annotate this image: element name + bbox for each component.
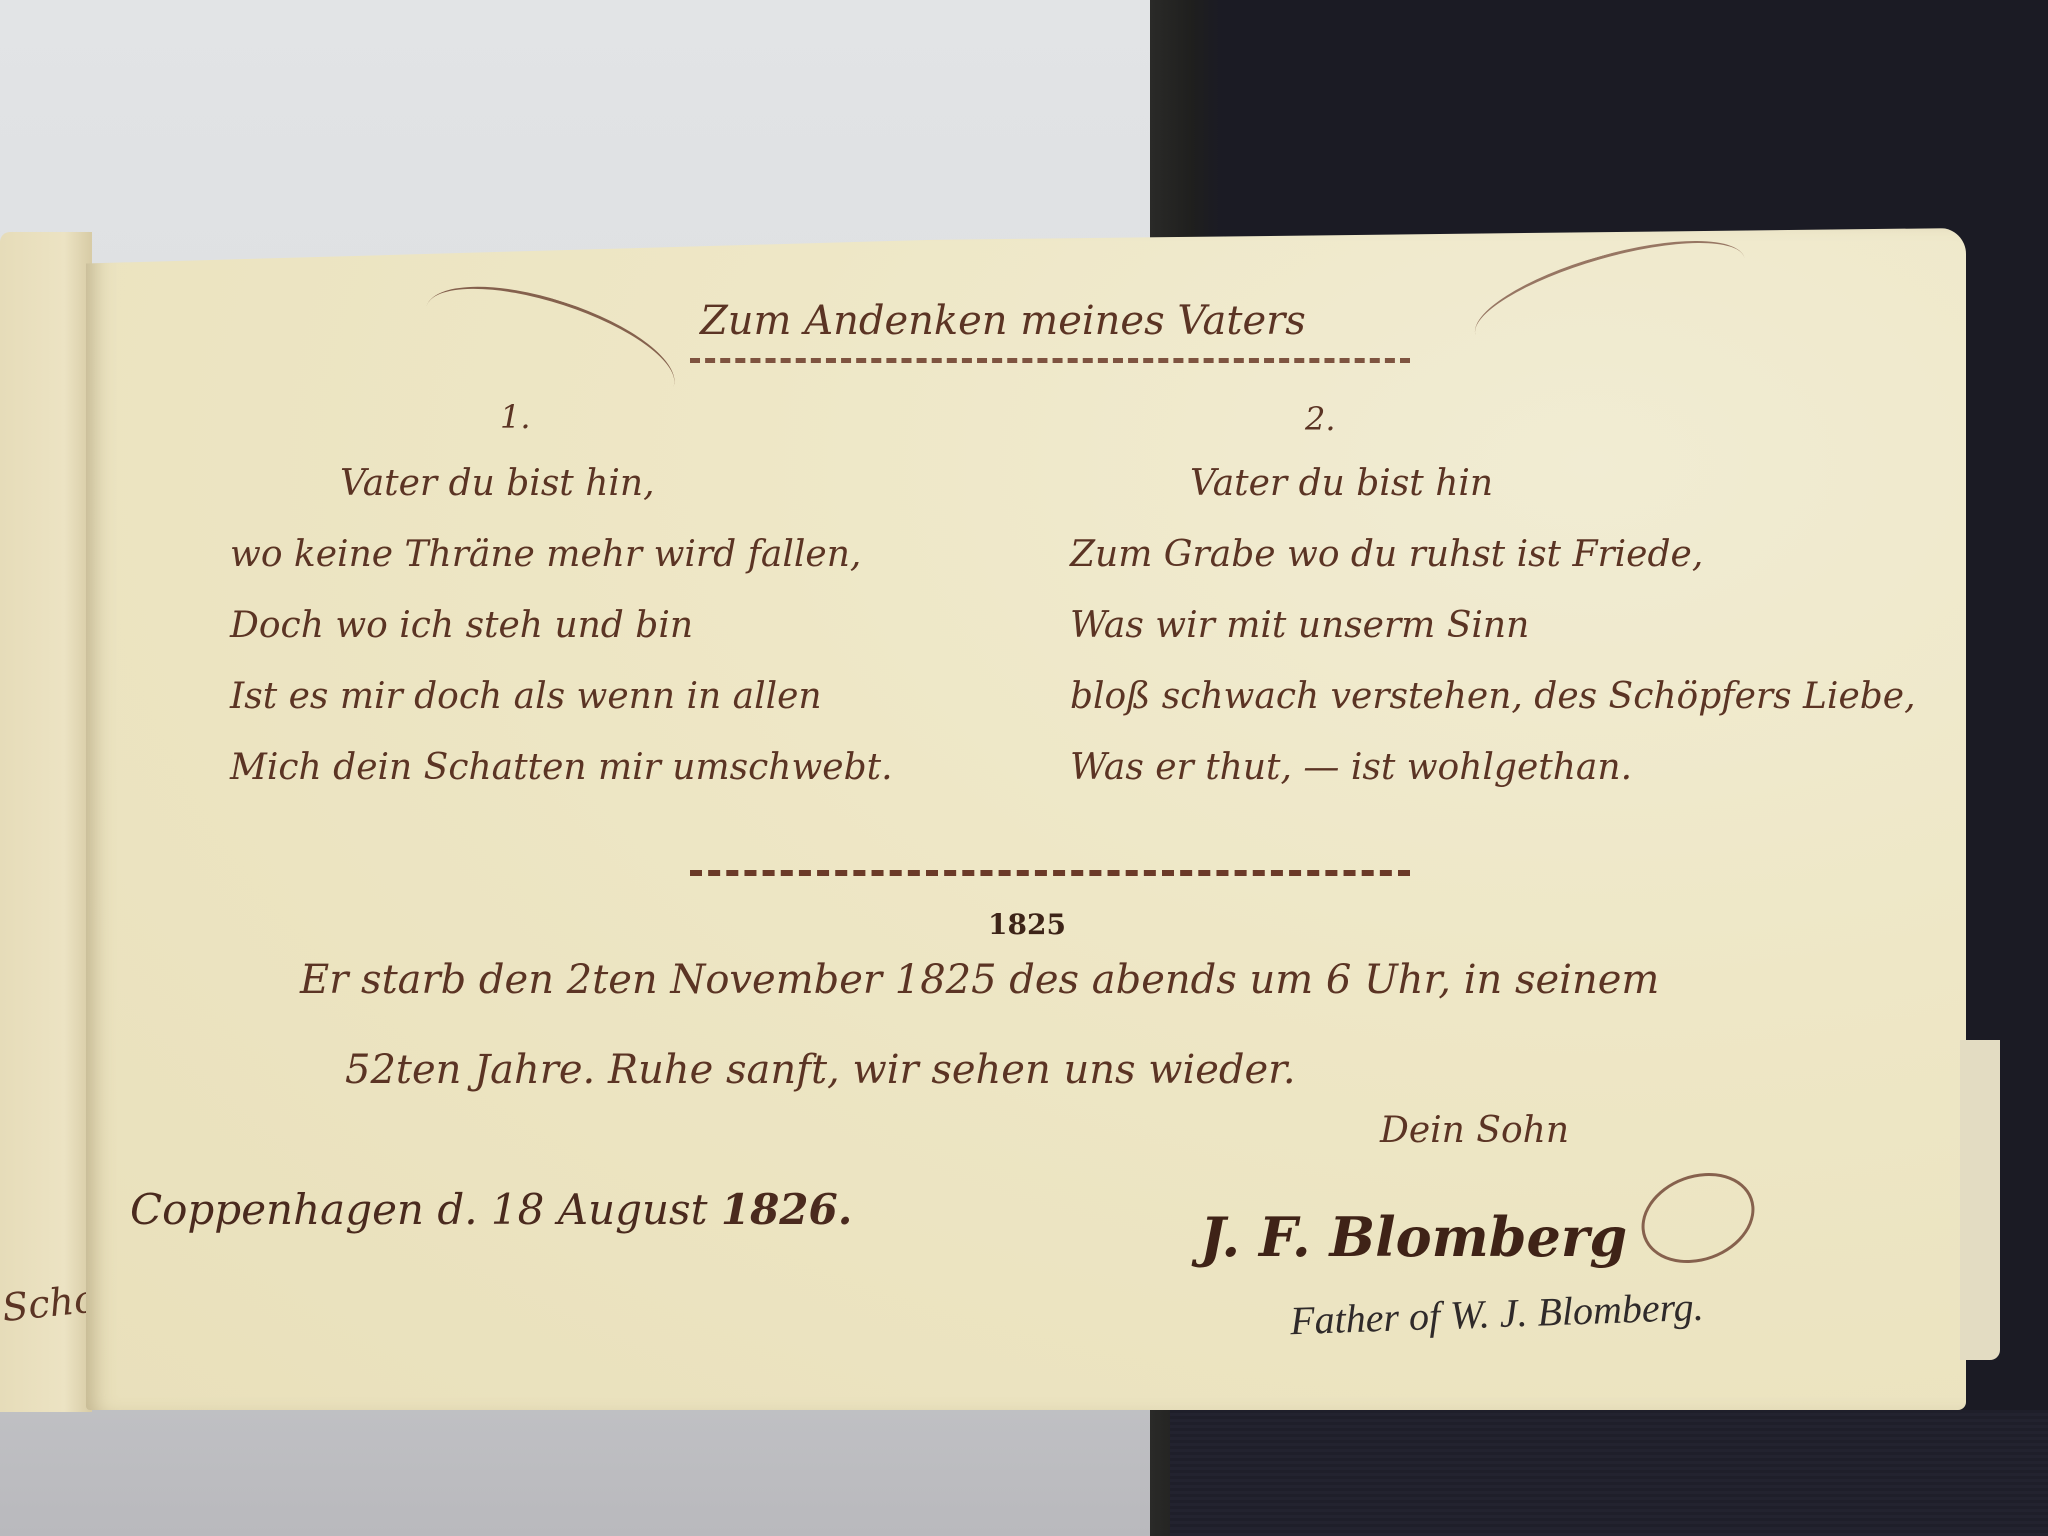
verse-line: Was wir mit unserm Sinn: [1070, 590, 1916, 661]
verse-line: bloß schwach verstehen, des Schöpfers Li…: [1070, 661, 1916, 732]
stanza-number: 1.: [500, 398, 531, 436]
day: d. 18: [437, 1185, 544, 1234]
verse-line: Zum Grabe wo du ruhst ist Friede,: [1070, 519, 1916, 590]
page-title: Zum Andenken meines Vaters: [700, 298, 1306, 344]
closing-salutation: Dein Sohn: [1380, 1110, 1569, 1151]
place: Coppenhagen: [130, 1185, 424, 1234]
place-and-date: Coppenhagen d. 18 August 1826.: [130, 1185, 852, 1234]
month: August: [558, 1185, 708, 1234]
section-divider: [690, 870, 1410, 876]
stanza-left: Vater du bist hin, wo keine Thräne mehr …: [230, 448, 893, 803]
notice-line: 52ten Jahre. Ruhe sanft, wir sehen uns w…: [345, 1025, 1659, 1115]
verse-line: Mich dein Schatten mir umschwebt.: [230, 732, 893, 803]
verse-line: wo keine Thräne mehr wird fallen,: [230, 519, 893, 590]
death-notice: Er starb den 2ten November 1825 des aben…: [300, 935, 1659, 1115]
stanza-right: Vater du bist hin Zum Grabe wo du ruhst …: [1070, 448, 1916, 803]
page-edge: [1960, 1040, 2000, 1360]
year: 1826.: [721, 1185, 853, 1234]
stanza-number: 2.: [1305, 400, 1336, 438]
previous-page: [0, 232, 92, 1412]
notice-line: Er starb den 2ten November 1825 des aben…: [300, 935, 1659, 1025]
verse-line: Was er thut, — ist wohlgethan.: [1070, 732, 1916, 803]
title-underline: [690, 358, 1410, 363]
verse-line: Doch wo ich steh und bin: [230, 590, 893, 661]
verse-line: Ist es mir doch als wenn in allen: [230, 661, 893, 732]
book-cover-cloth: [1170, 1410, 2048, 1536]
verse-line: Vater du bist hin,: [230, 448, 893, 519]
verse-line: Vater du bist hin: [1070, 448, 1916, 519]
signature: J. F. Blomberg: [1200, 1205, 1627, 1269]
